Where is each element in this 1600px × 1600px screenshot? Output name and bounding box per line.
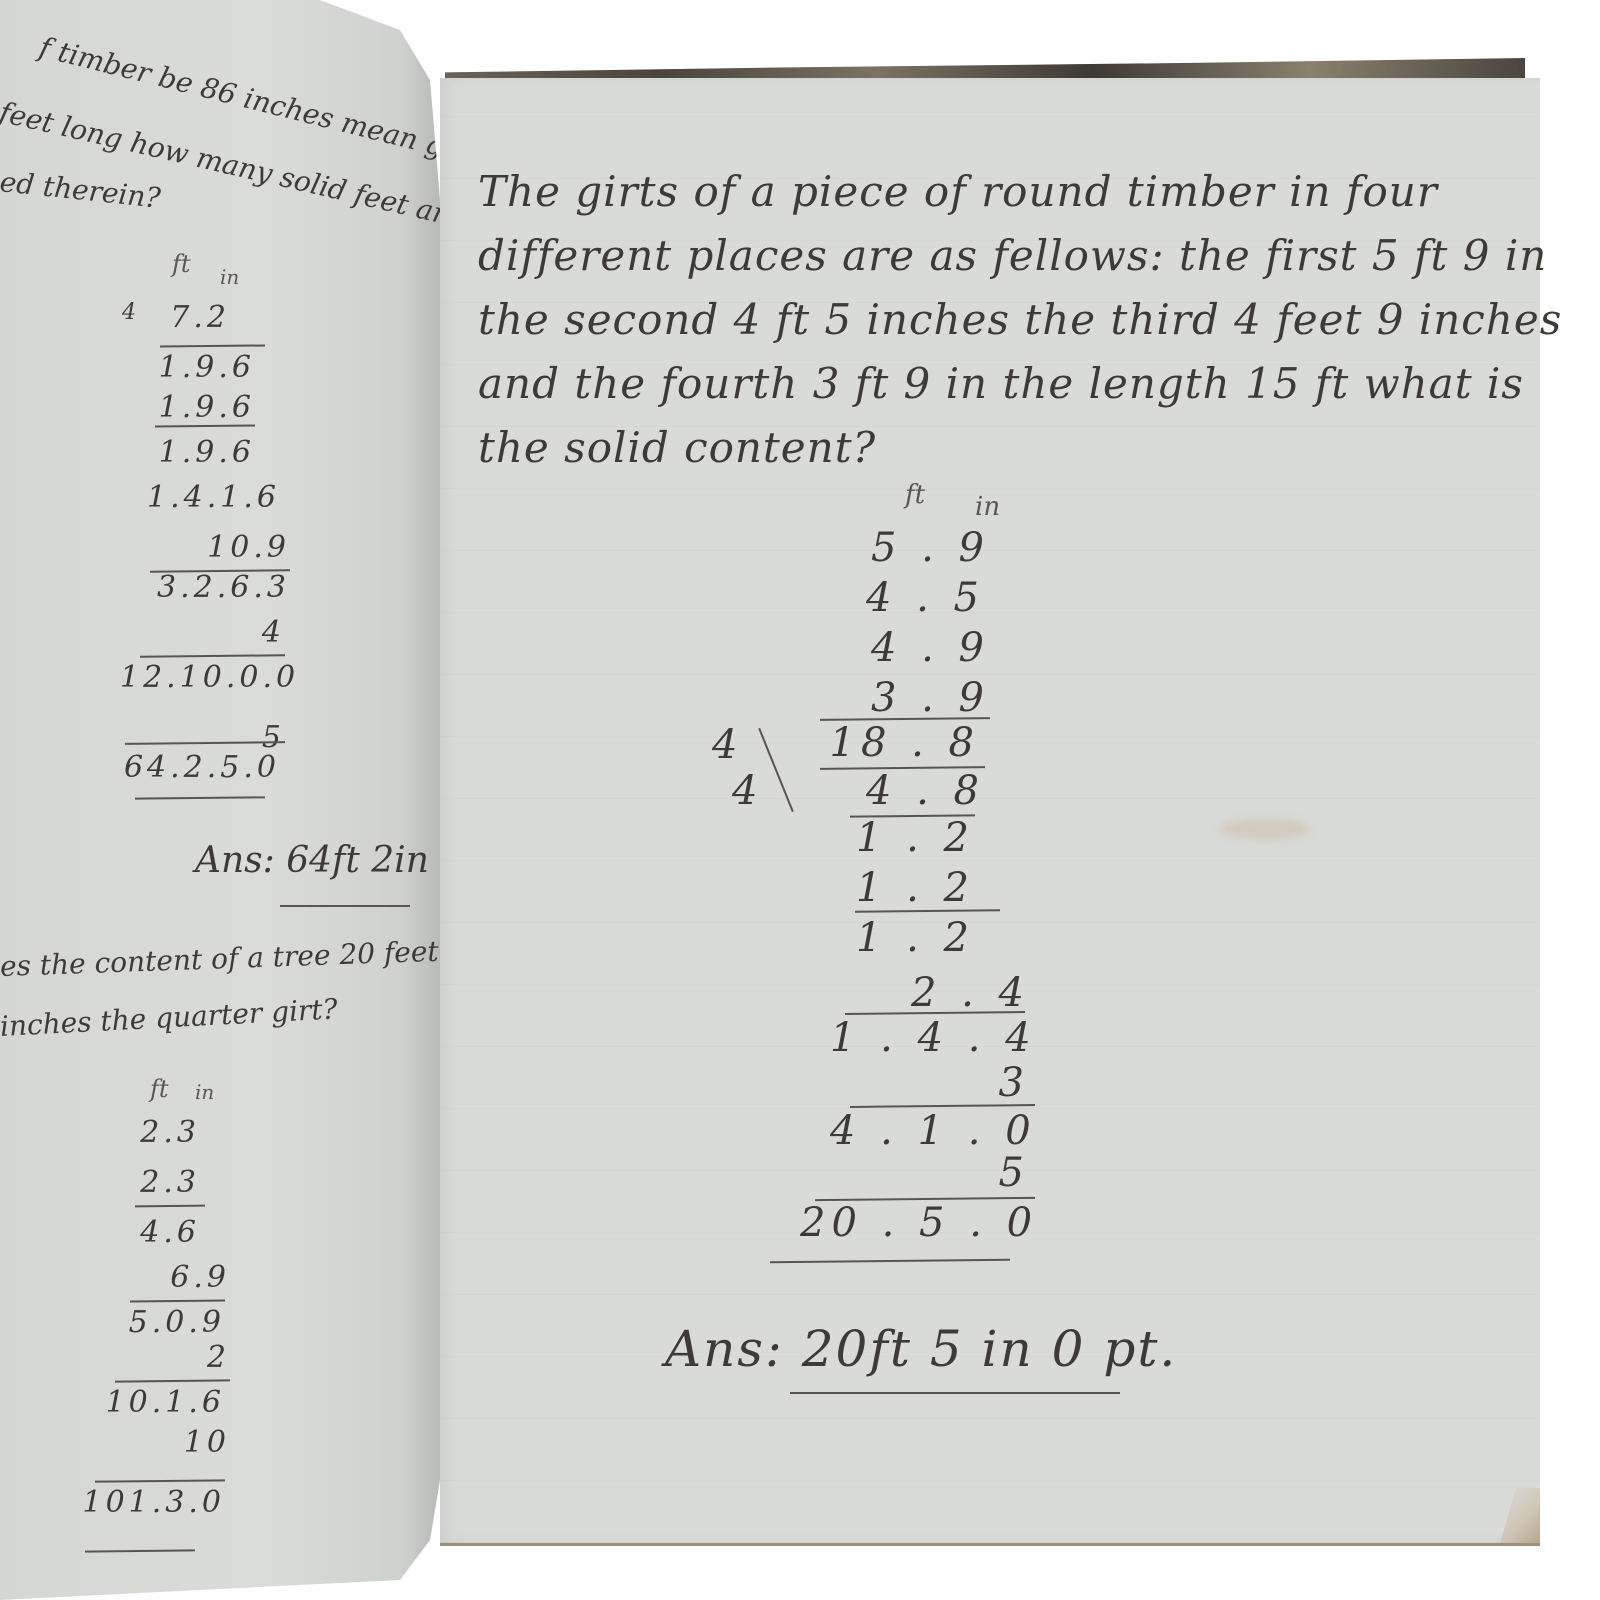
left-calc-row: 7.2 [140,300,230,335]
paper-stain [1220,818,1310,840]
left2-col-head-ft: ft [150,1075,169,1103]
rule [85,1549,195,1552]
left2-calc-row: 10 [120,1425,230,1460]
calc-row: 1 . 4 . 4 [830,1015,1035,1061]
calc-row: 4 . 1 . 0 [830,1108,1035,1154]
left2-calc-row: 101.3.0 [80,1485,225,1520]
left-col-head-ft: ft [172,250,191,278]
calc-row: 3 [960,1060,1030,1106]
right-answer: Ans: 20ft 5 in 0 pt. [665,1320,1177,1378]
page-curl-shadow [400,0,440,1600]
left-calc-row: 3.2.6.3 [140,570,290,605]
rule [135,796,265,799]
left-problem-1-line-3: ed therein? [0,165,162,215]
calc-row: 5 [960,1150,1030,1196]
divisor-bottom: 4 [732,768,757,814]
left2-col-head-in: in [195,1080,214,1104]
col-head-in: in [975,492,1000,522]
left2-calc-row: 5.0.9 [120,1305,225,1340]
right-problem-text: The girts of a piece of round timber in … [478,160,1538,480]
left-problem-2-line-2: inches the quarter girt? [0,992,338,1043]
calc-row: 4 . 9 [820,625,990,671]
problem-line-5: the solid content? [478,416,1538,480]
calc-row: 4 . 5 [820,575,985,621]
answer-underline [280,905,410,907]
rule [95,1479,225,1482]
calc-row: 2 . 4 [860,970,1030,1016]
calc-row: 1 . 2 [820,815,975,861]
calc-row: 5 . 9 [820,525,990,571]
left-calc-row: 1.9.6 [140,350,255,385]
answer-underline [790,1392,1120,1394]
left-calc-row: 12.10.0.0 [120,660,285,695]
left2-calc-row: 2.3 [120,1115,200,1150]
problem-line-1: The girts of a piece of round timber in … [478,160,1538,224]
left-page: f timber be 86 inches mean girt feet lon… [0,0,440,1600]
rule [160,344,265,347]
calc-row: 1 . 2 [820,915,975,961]
calc-row-sum: 18 . 8 [800,720,980,766]
calc-row: 3 . 9 [820,675,990,721]
left2-calc-row: 10.1.6 [105,1385,225,1420]
left-problem-1-line-2: feet long how many solid feet are [0,95,466,234]
rule [115,1379,230,1382]
rule [140,654,285,658]
rule [130,1300,225,1303]
left2-calc-row: 6.9 [120,1260,230,1295]
left-calc-row: 1.9.6 [140,390,255,425]
left-divisor: 4 [110,300,140,325]
problem-line-4: and the fourth 3 ft 9 in the length 15 f… [478,352,1538,416]
rule [155,424,255,427]
rule [135,1205,205,1208]
left2-calc-row: 2.3 [120,1165,200,1200]
calc-row: 1 . 2 [820,865,975,911]
left-calc-row: 4 [140,615,285,650]
calc-row-result: 20 . 5 . 0 [800,1200,1035,1246]
left-calc-row: 64.2.5.0 [110,750,280,785]
left2-calc-row: 2 [120,1340,230,1375]
left2-calc-row: 4.6 [120,1215,200,1250]
col-head-ft: ft [905,480,925,510]
left-calc-row: 1.4.1.6 [140,480,280,515]
problem-line-3: the second 4 ft 5 inches the third 4 fee… [478,288,1538,352]
left-col-head-in: in [220,265,239,289]
problem-line-2: different places are as fellows: the fir… [478,224,1538,288]
calc-row: 4 . 8 [820,768,985,814]
left-calc-row: 10.9 [140,530,290,565]
left-calc-row: 1.9.6 [140,435,255,470]
divisor-top: 4 [712,722,737,768]
